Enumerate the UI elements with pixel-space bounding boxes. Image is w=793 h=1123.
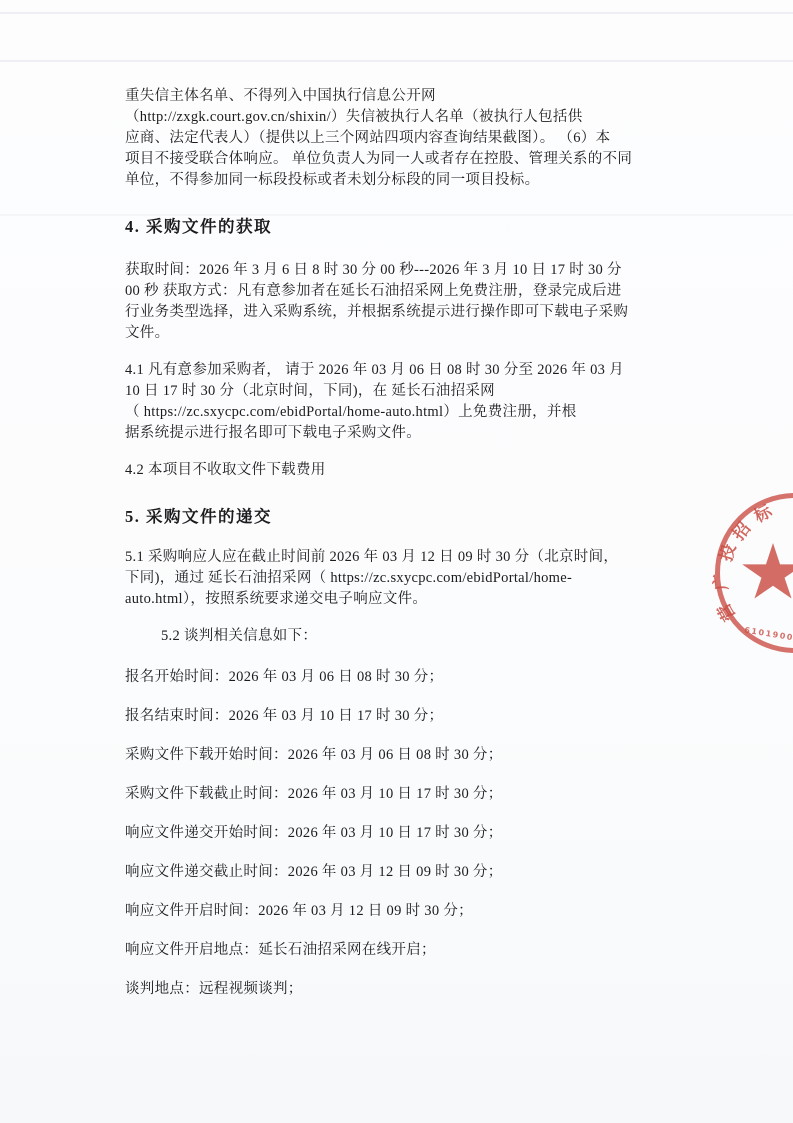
scan-artifact-line	[0, 12, 793, 14]
text-line: 行业务类型选择，进入采购系统，并根据系统提示进行操作即可下载电子采购	[125, 302, 725, 323]
clause-5-2-text: 5.2 谈判相关信息如下：	[161, 626, 725, 647]
schedule-list: 报名开始时间：2026 年 03 月 06 日 08 时 30 分；报名结束时间…	[125, 667, 725, 1000]
text-line: 响应文件递交开始时间：2026 年 03 月 10 日 17 时 30 分；	[125, 823, 725, 844]
text-line: 据系统提示进行报名即可下载电子采购文件。	[125, 423, 725, 444]
text-line: 响应文件递交截止时间：2026 年 03 月 12 日 09 时 30 分；	[125, 862, 725, 883]
text-line: 响应文件开启时间：2026 年 03 月 12 日 09 时 30 分；	[125, 901, 725, 922]
text-line: auto.html），按照系统要求递交电子响应文件。	[125, 589, 725, 610]
text-line: 采购文件下载截止时间：2026 年 03 月 10 日 17 时 30 分；	[125, 784, 725, 805]
text-line: 谈判地点：远程视频谈判；	[125, 979, 725, 1000]
clause-4-2-text: 4.2 本项目不收取文件下载费用	[125, 460, 725, 481]
seal-arc-character: 广	[706, 572, 733, 592]
text-line: 获取时间：2026 年 3 月 6 日 8 时 30 分 00 秒---2026…	[125, 260, 725, 281]
text-line: （ https://zc.sxycpc.com/ebidPortal/home-…	[125, 402, 725, 423]
text-line: 5.1 采购响应人应在截止时间前 2026 年 03 月 12 日 09 时 3…	[125, 547, 725, 568]
text-line: 采购文件下载开始时间：2026 年 03 月 06 日 08 时 30 分；	[125, 745, 725, 766]
text-line: （http://zxgk.court.gov.cn/shixin/）失信被执行人…	[125, 107, 725, 128]
section-4-heading: 4. 采购文件的获取	[125, 213, 725, 237]
text-line: 重失信主体名单、不得列入中国执行信息公开网	[125, 86, 725, 107]
text-line: 项目不接受联合体响应。 单位负责人为同一人或者存在控股、管理关系的不同	[125, 149, 725, 170]
clause-4-2-paragraph: 4.2 本项目不收取文件下载费用	[125, 460, 725, 481]
clause-5-1-paragraph: 5.1 采购响应人应在截止时间前 2026 年 03 月 12 日 09 时 3…	[125, 547, 725, 610]
text-line: 4.1 凡有意参加采购者， 请于 2026 年 03 月 06 日 08 时 3…	[125, 360, 725, 381]
text-line: 报名开始时间：2026 年 03 月 06 日 08 时 30 分；	[125, 667, 725, 688]
text-line: 报名结束时间：2026 年 03 月 10 日 17 时 30 分；	[125, 706, 725, 727]
text-line: 响应文件开启地点：延长石油招采网在线开启；	[125, 940, 725, 961]
clause-5-2-paragraph: 5.2 谈判相关信息如下：	[125, 626, 725, 647]
scan-artifact-line	[0, 60, 793, 62]
text-line: 10 日 17 时 30 分（北京时间，下同)，在 延长石油招采网	[125, 381, 725, 402]
red-seal-stamp: 营 广 投 招 标 61019000	[715, 493, 793, 653]
text-line: 下同)，通过 延长石油招采网（ https://zc.sxycpc.com/eb…	[125, 568, 725, 589]
document-body: 重失信主体名单、不得列入中国执行信息公开网（http://zxgk.court.…	[125, 86, 725, 1018]
text-line: 文件。	[125, 323, 725, 344]
text-line: 应商、法定代表人）（提供以上三个网站四项内容查询结果截图）。 （6）本	[125, 128, 725, 149]
obtain-time-paragraph: 获取时间：2026 年 3 月 6 日 8 时 30 分 00 秒---2026…	[125, 260, 725, 344]
section-5-heading: 5. 采购文件的递交	[125, 503, 725, 527]
text-line: 单位，不得参加同一标段投标或者未划分标段的同一项目投标。	[125, 170, 725, 191]
scanned-document-page: 重失信主体名单、不得列入中国执行信息公开网（http://zxgk.court.…	[0, 0, 793, 1123]
intro-paragraph: 重失信主体名单、不得列入中国执行信息公开网（http://zxgk.court.…	[125, 86, 725, 191]
text-line: 00 秒 获取方式：凡有意参加者在延长石油招采网上免费注册，登录完成后进	[125, 281, 725, 302]
clause-4-1-paragraph: 4.1 凡有意参加采购者， 请于 2026 年 03 月 06 日 08 时 3…	[125, 360, 725, 444]
